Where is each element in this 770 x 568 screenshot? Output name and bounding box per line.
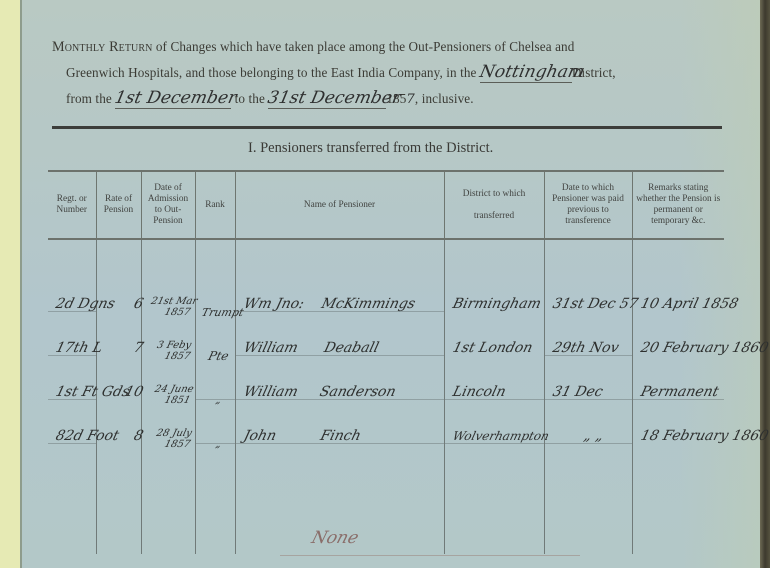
from-label: from the (66, 91, 112, 106)
heading-line-1-text: of Changes which have taken place among … (152, 39, 574, 54)
cell-name: William Sanderson (235, 368, 444, 412)
pensioner-name: William Sanderson (236, 384, 451, 412)
spacer-cell (141, 239, 195, 280)
col-header-rate: Rate of Pension (96, 171, 141, 239)
admission-value: 3 Feby1857 (142, 340, 202, 368)
remarks-value: 18 February 1860 (633, 428, 731, 456)
admission-year: 1851 (146, 395, 196, 406)
to-label: to the (235, 91, 265, 106)
section-title: I. Pensioners transferred from the Distr… (248, 140, 493, 157)
to-date-field: 31st December (268, 89, 386, 109)
rate-value: 8 (97, 428, 148, 456)
district-value: Wolverhampton (445, 428, 551, 456)
admission-date: 24 June (153, 384, 194, 395)
rate-value: 10 (97, 384, 148, 412)
paid-to-value: 31 Dec (545, 384, 639, 412)
cell-remarks: 20 February 1860 (632, 324, 724, 368)
empty-cell (195, 456, 235, 554)
rank-value: „ (196, 439, 239, 456)
first-name: William (241, 340, 299, 356)
regt-value: 2d Dgns (48, 296, 102, 324)
cell-regt: 2d Dgns (48, 280, 96, 324)
cell-paid-to: „ „ (544, 412, 632, 456)
district-value: Lincoln (445, 384, 551, 412)
surname: McKimmings (319, 296, 416, 312)
spacer-cell (444, 239, 544, 280)
cell-regt: 1st Ft Gds (48, 368, 96, 412)
admission-year: 1857 (146, 439, 196, 450)
inclusive-label: , inclusive. (415, 91, 474, 106)
to-date-value: 31st December (266, 89, 402, 107)
none-annotation: None (309, 528, 361, 548)
table-spacer-row (48, 239, 724, 280)
empty-cell (141, 456, 195, 554)
cell-rank: Pte (195, 324, 235, 368)
rank-value: Pte (196, 351, 239, 368)
paid-to-value: 29th Nov (545, 340, 639, 368)
cell-paid-to: 31 Dec (544, 368, 632, 412)
regt-value: 1st Ft Gds (48, 384, 102, 412)
rank-value: Trumpt (196, 307, 239, 324)
pensioner-name: William Deaball (236, 340, 451, 368)
cell-remarks: 10 April 1858 (632, 280, 724, 324)
spacer-cell (48, 239, 96, 280)
col-header-remarks: Remarks stating whether the Pension is p… (632, 171, 724, 239)
table-header-row: Regt. or Number Rate of Pension Date of … (48, 171, 724, 239)
heading-divider (52, 126, 722, 129)
col-header-district: District to which transferred (444, 171, 544, 239)
empty-cell (544, 456, 632, 554)
col-header-regt: Regt. or Number (48, 171, 96, 239)
remarks-value: 20 February 1860 (633, 340, 731, 368)
surname: Sanderson (317, 384, 397, 400)
col-header-admission: Date of Admission to Out-Pension (141, 171, 195, 239)
table-row: 82d Foot 8 28 July1857 „ John Finch Wolv… (48, 412, 724, 456)
cell-district: 1st London (444, 324, 544, 368)
spacer-cell (235, 239, 444, 280)
admission-year: 1857 (146, 351, 196, 362)
none-annotation-line (280, 555, 580, 556)
paid-to-value: 31st Dec 57 (545, 296, 639, 324)
spacer-cell (544, 239, 632, 280)
first-name: Wm Jno: (241, 296, 305, 312)
regt-value: 82d Foot (48, 428, 102, 456)
col-header-rate-label: Rate of Pension (101, 194, 137, 216)
cell-name: Wm Jno: McKimmings (235, 280, 444, 324)
col-header-admission-label: Date of Admission to Out-Pension (146, 183, 190, 227)
cell-regt: 82d Foot (48, 412, 96, 456)
cell-rate: 10 (96, 368, 141, 412)
district-value: Nottingham (478, 63, 586, 81)
first-name: John (241, 428, 277, 444)
cell-rank: „ (195, 412, 235, 456)
spacer-cell (632, 239, 724, 280)
admission-value: 28 July1857 (142, 428, 202, 456)
cell-district: Birmingham (444, 280, 544, 324)
cell-name: John Finch (235, 412, 444, 456)
empty-cell (444, 456, 544, 554)
heading-line-1: Monthly Return of Changes which have tak… (52, 34, 732, 60)
regt-value: 17th L (48, 340, 102, 368)
cell-remarks: 18 February 1860 (632, 412, 724, 456)
remarks-value: Permanent (633, 384, 731, 412)
admission-value: 21st Mar1857 (142, 296, 202, 324)
admission-date: 3 Feby (155, 340, 192, 351)
col-header-name: Name of Pensioner (235, 171, 444, 239)
pensioner-name: John Finch (236, 428, 451, 456)
heading-line-2: Greenwich Hospitals, and those belonging… (52, 60, 732, 86)
return-heading: Monthly Return of Changes which have tak… (52, 34, 732, 113)
book-spine-edge (760, 0, 770, 568)
cell-admission: 28 July1857 (141, 412, 195, 456)
district-value: 1st London (445, 340, 551, 368)
cell-rate: 8 (96, 412, 141, 456)
rate-value: 7 (97, 340, 148, 368)
cell-admission: 24 June1851 (141, 368, 195, 412)
cell-paid-to: 31st Dec 57 (544, 280, 632, 324)
col-header-paid-to: Date to which Pensioner was paid previou… (544, 171, 632, 239)
remarks-value: 10 April 1858 (633, 296, 731, 324)
spacer-cell (195, 239, 235, 280)
table-row: 17th L 7 3 Feby1857 Pte William Deaball … (48, 324, 724, 368)
district-value: Birmingham (445, 296, 551, 324)
table-row: 1st Ft Gds 10 24 June1851 „ William Sand… (48, 368, 724, 412)
admission-date: 28 July (155, 428, 193, 439)
heading-caps-title: Monthly Return (52, 39, 152, 55)
empty-cell (48, 456, 96, 554)
cell-rate: 7 (96, 324, 141, 368)
rate-value: 6 (97, 296, 148, 324)
col-header-regt-label: Regt. or Number (54, 194, 90, 216)
cell-regt: 17th L (48, 324, 96, 368)
spacer-cell (96, 239, 141, 280)
pensioner-name: Wm Jno: McKimmings (236, 296, 451, 324)
admission-date: 21st Mar (149, 296, 198, 307)
from-date-value: 1st December (113, 89, 238, 107)
district-field: Nottingham (480, 63, 572, 83)
table-empty-row (48, 456, 724, 554)
cell-rank: Trumpt (195, 280, 235, 324)
paid-to-value: „ „ (545, 428, 639, 456)
admission-year: 1857 (146, 307, 196, 318)
year-handwritten: 7 (406, 87, 415, 113)
cell-name: William Deaball (235, 324, 444, 368)
page-margin-rule (20, 0, 22, 568)
cell-remarks: Permanent (632, 368, 724, 412)
cell-paid-to: 29th Nov (544, 324, 632, 368)
cell-district: Wolverhampton (444, 412, 544, 456)
col-header-rank: Rank (195, 171, 235, 239)
pensioners-table: Regt. or Number Rate of Pension Date of … (48, 170, 724, 554)
empty-cell (632, 456, 724, 554)
admission-value: 24 June1851 (142, 384, 202, 412)
first-name: William (241, 384, 299, 400)
table-row: 2d Dgns 6 21st Mar1857 Trumpt Wm Jno: Mc… (48, 280, 724, 324)
empty-cell (96, 456, 141, 554)
heading-line-2-text: Greenwich Hospitals, and those belonging… (66, 65, 477, 80)
col-header-name-label: Name of Pensioner (304, 200, 375, 210)
col-header-district-label: District to which transferred (454, 183, 534, 227)
col-header-paid-to-label: Date to which Pensioner was paid previou… (549, 183, 627, 227)
surname: Finch (318, 428, 362, 444)
surname: Deaball (322, 340, 380, 356)
cell-admission: 3 Feby1857 (141, 324, 195, 368)
from-date-field: 1st December (115, 89, 231, 109)
heading-line-3: from the 1st December to the 31st Decemb… (52, 86, 732, 113)
cell-admission: 21st Mar1857 (141, 280, 195, 324)
rank-value: „ (196, 395, 239, 412)
cell-rank: „ (195, 368, 235, 412)
col-header-remarks-label: Remarks stating whether the Pension is p… (636, 183, 720, 227)
cell-rate: 6 (96, 280, 141, 324)
col-header-rank-label: Rank (205, 200, 225, 210)
cell-district: Lincoln (444, 368, 544, 412)
